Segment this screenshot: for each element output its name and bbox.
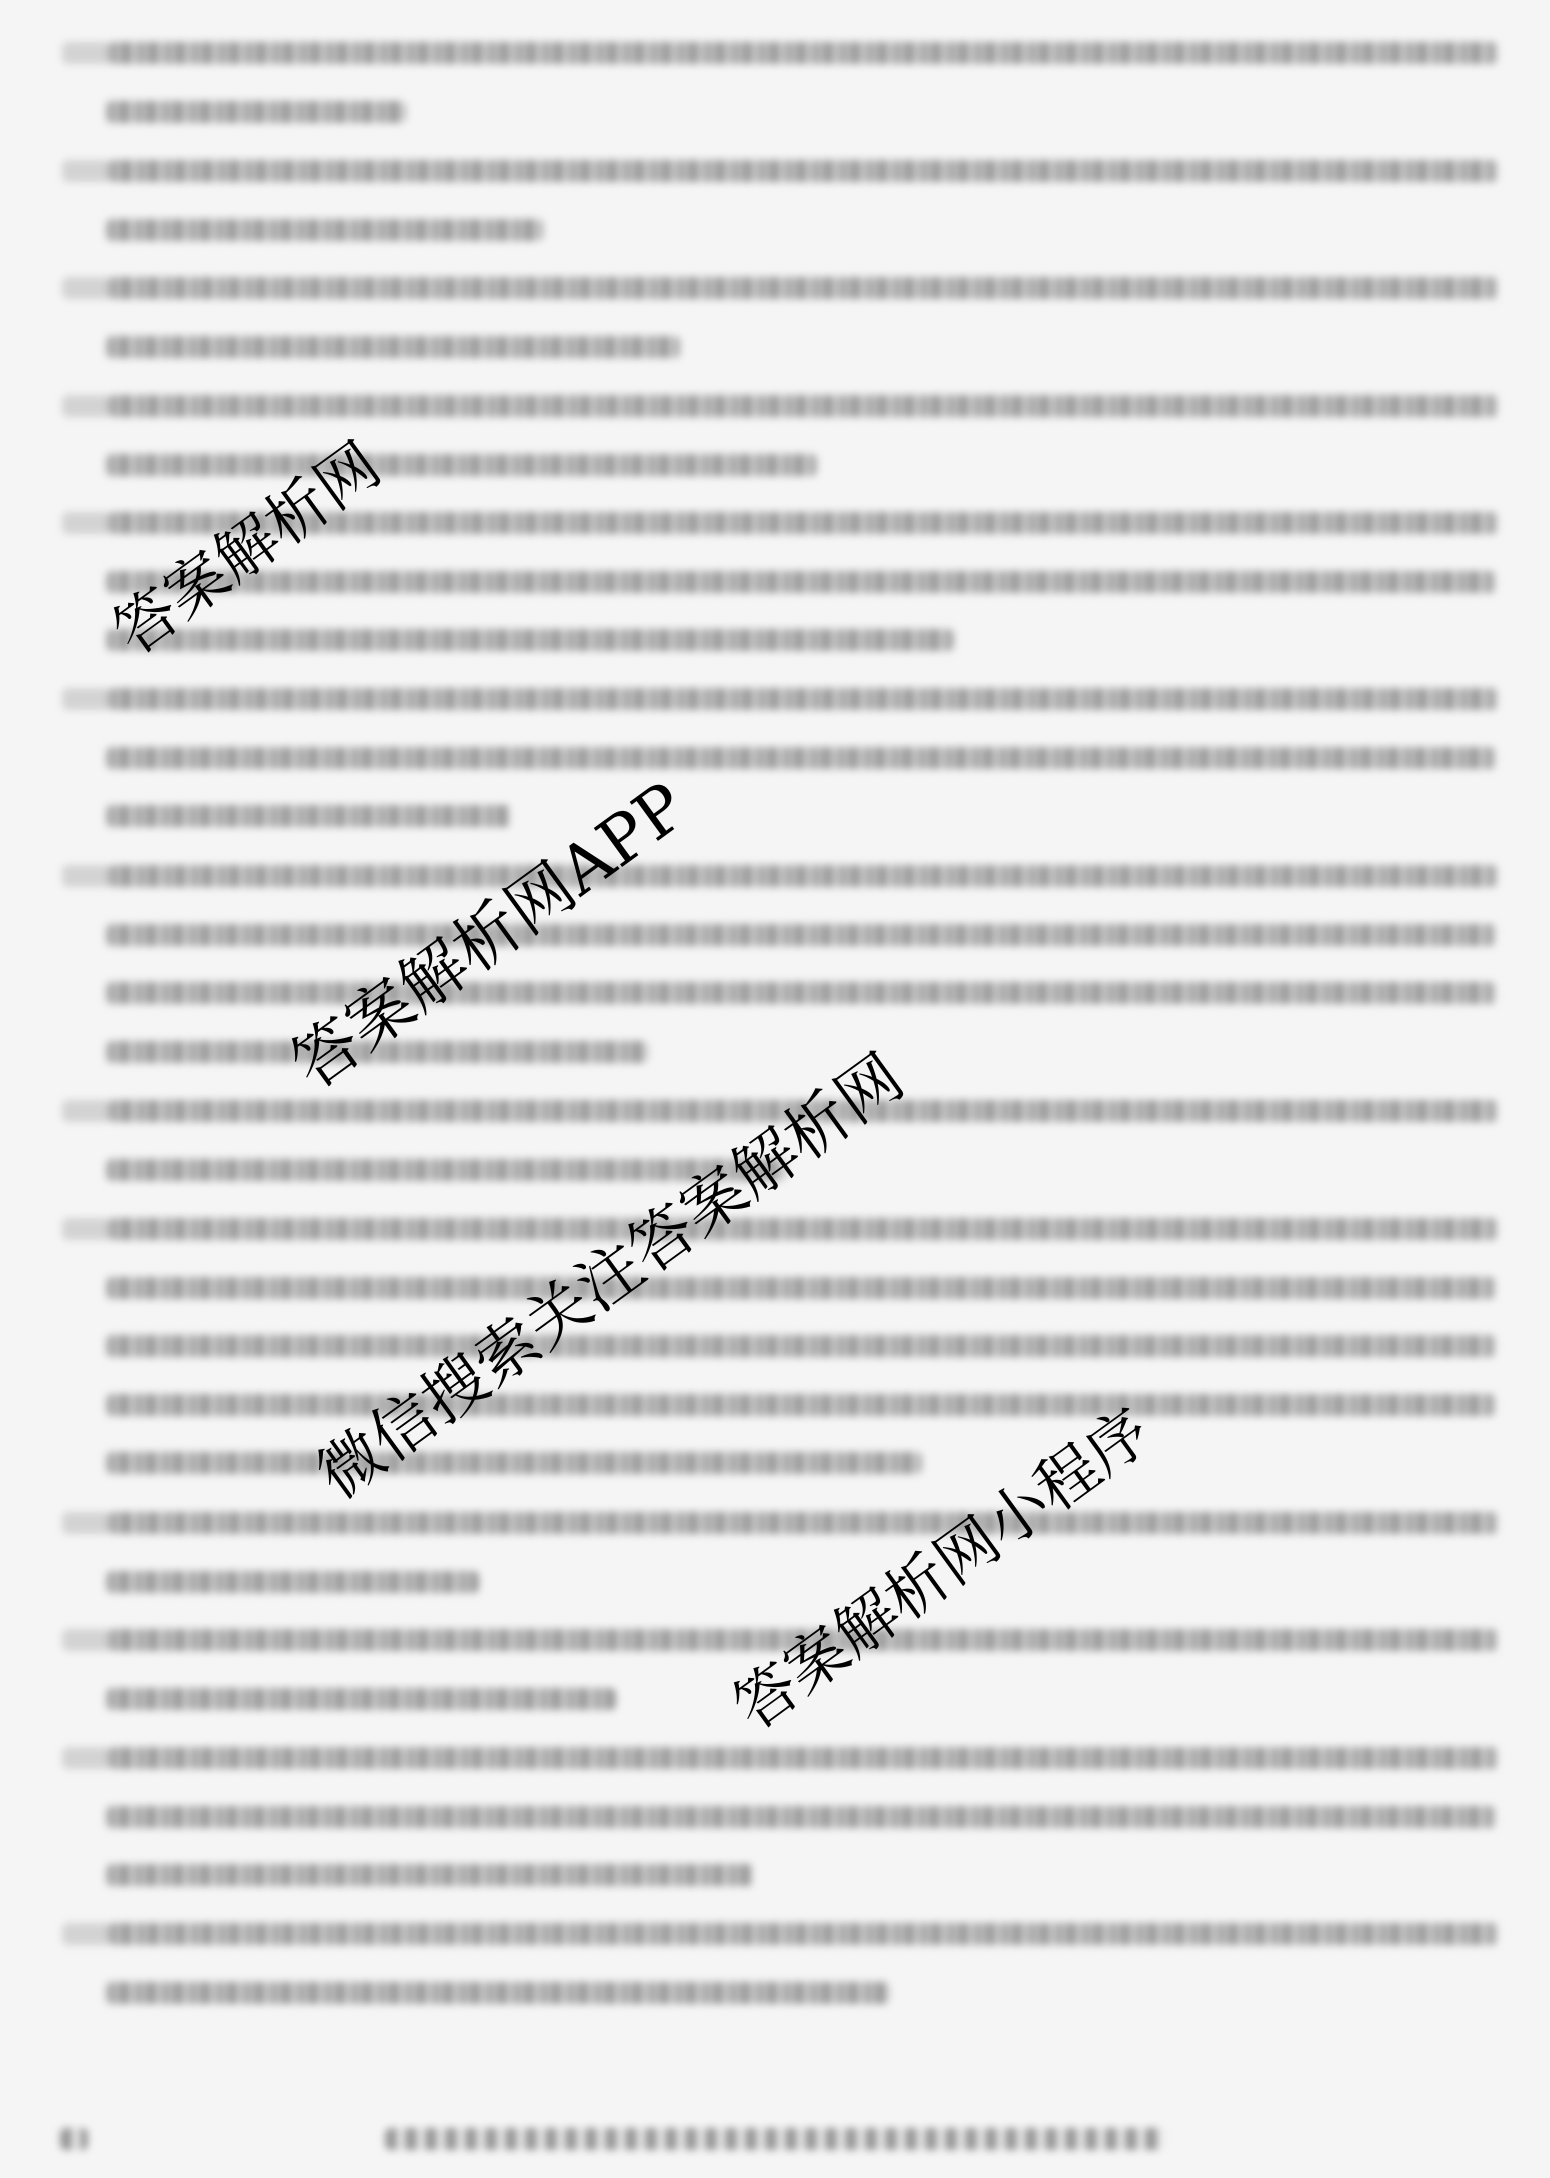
text-line <box>108 1923 1498 1945</box>
question-number <box>62 1512 110 1534</box>
text-line <box>106 571 1496 593</box>
text-line <box>108 42 1498 64</box>
text-line <box>106 1277 1496 1299</box>
text-line <box>106 982 1496 1004</box>
question-number <box>62 1629 110 1651</box>
question-number <box>62 42 110 64</box>
text-line <box>108 277 1498 299</box>
question-number <box>62 512 110 534</box>
text-line <box>108 1747 1498 1769</box>
text-line <box>106 1688 616 1710</box>
question-number <box>62 865 110 887</box>
text-line <box>106 1982 890 2004</box>
text-line <box>106 1571 479 1593</box>
question-number <box>62 160 110 182</box>
question-number <box>62 1923 110 1945</box>
text-line <box>106 629 954 651</box>
watermark-4: 答案解析网小程序 <box>724 1398 1162 1740</box>
text-line <box>106 747 1496 769</box>
question-number <box>62 1100 110 1122</box>
text-line <box>106 101 406 123</box>
text-line <box>106 924 1496 946</box>
text-line <box>106 1394 1496 1416</box>
text-line <box>106 1806 1496 1828</box>
text-line <box>108 865 1498 887</box>
question-number <box>62 1218 110 1240</box>
footer-title <box>385 2128 1165 2150</box>
question-number <box>62 395 110 417</box>
text-line <box>106 219 543 241</box>
text-line <box>106 336 680 358</box>
text-line <box>106 454 817 476</box>
text-line <box>108 395 1498 417</box>
text-line <box>106 1864 753 1886</box>
text-line <box>108 1218 1498 1240</box>
question-number <box>62 277 110 299</box>
text-line <box>108 688 1498 710</box>
text-line <box>106 1159 785 1181</box>
footer-page-marker <box>60 2128 88 2150</box>
text-line <box>108 160 1498 182</box>
document-page: 答案解析网 答案解析网APP 微信搜索关注答案解析网 答案解析网小程序 <box>0 0 1550 2178</box>
text-line <box>106 1452 922 1474</box>
text-line <box>106 1335 1496 1357</box>
text-line <box>106 805 511 827</box>
text-line <box>108 1512 1498 1534</box>
question-number <box>62 688 110 710</box>
question-number <box>62 1747 110 1769</box>
